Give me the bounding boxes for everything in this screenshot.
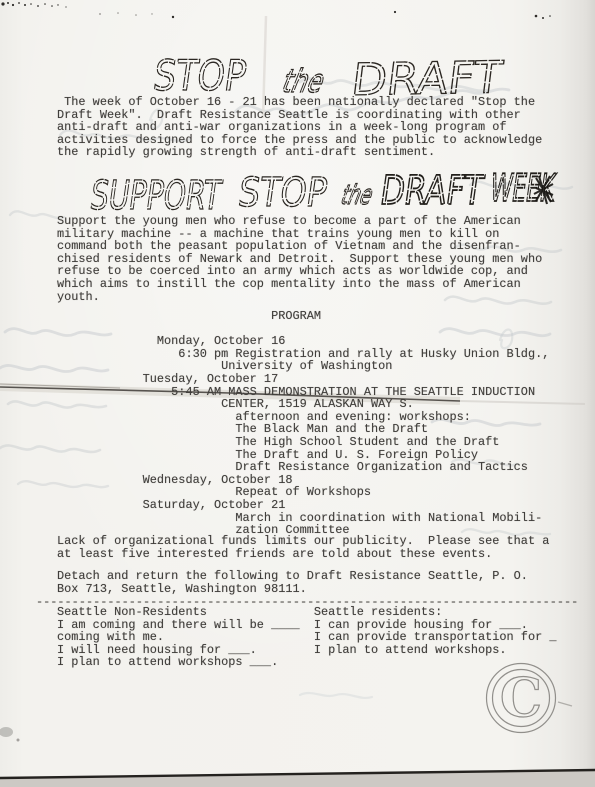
- intro-paragraph: The week of October 16 - 21 has been nat…: [57, 96, 542, 159]
- headline-word-stop: STOP: [151, 51, 250, 100]
- support-word-week: WEEK: [488, 167, 559, 211]
- detach-instructions: Detach and return the following to Draft…: [57, 570, 528, 595]
- scanned-flyer-page: STOP the DRAFT SUPPORT STOP the DRAFT: [0, 0, 595, 787]
- pencil-tick: [558, 702, 572, 706]
- support-word-draft: DRAFT: [378, 168, 487, 214]
- support-word-stop: STOP: [236, 170, 330, 216]
- ink-smudge: [0, 727, 20, 742]
- scan-speckles: [1, 2, 550, 19]
- publicity-note: Lack of organizational funds limits our …: [57, 535, 549, 560]
- support-word-the: the: [338, 180, 376, 211]
- reply-form: Seattle Non-Residents Seattle residents:…: [57, 606, 557, 669]
- program-schedule: PROGRAM Monday, October 16 6:30 pm Regis…: [57, 310, 549, 537]
- headline-support-stop-the-draft-week: SUPPORT STOP the DRAFT WEEK: [88, 167, 559, 219]
- copyright-watermark: C: [487, 664, 573, 733]
- support-word-support: SUPPORT: [88, 173, 225, 219]
- support-paragraph: Support the young men who refuse to beco…: [57, 215, 542, 303]
- page-bottom-edge: [0, 770, 595, 787]
- copyright-letter: C: [500, 667, 542, 729]
